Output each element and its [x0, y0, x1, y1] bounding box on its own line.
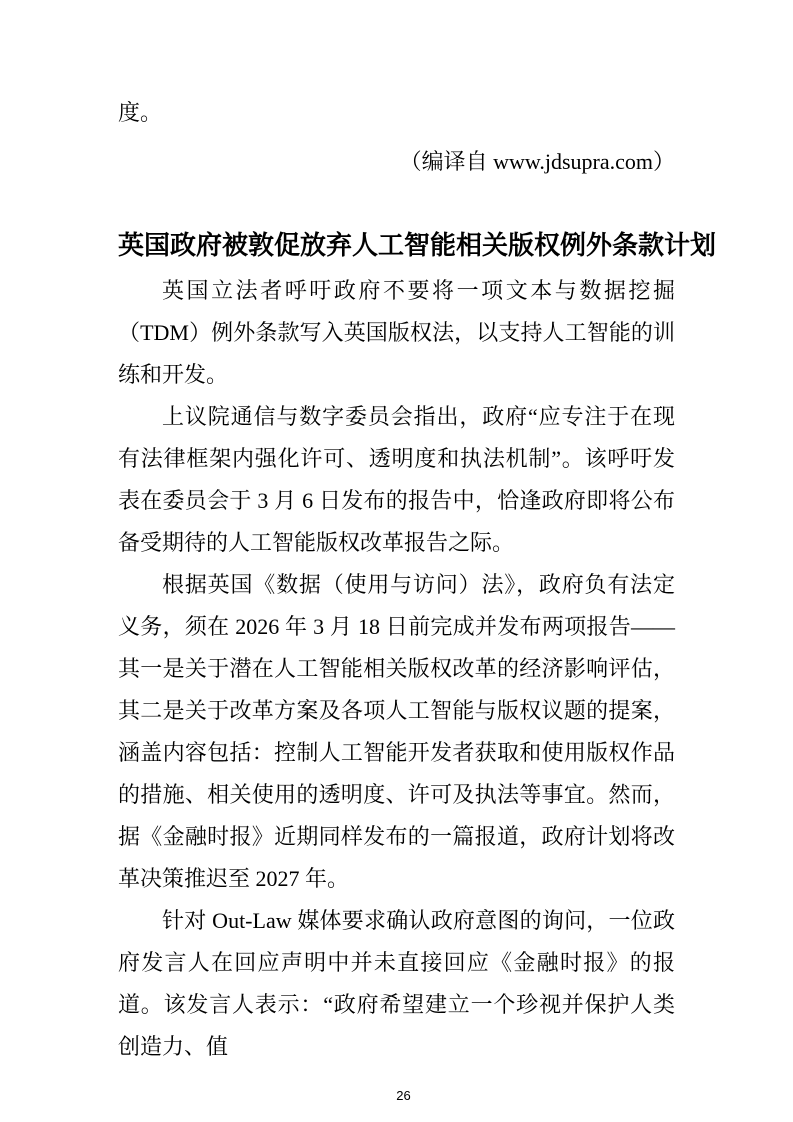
article-title: 英国政府被敦促放弃人工智能相关版权例外条款计划	[118, 225, 675, 265]
text-block: 度。 （编译自 www.jdsupra.com） 英国政府被敦促放弃人工智能相关…	[118, 0, 675, 1068]
body-paragraph: 根据英国《数据（使用与访问）法》，政府负有法定义务，须在 2026 年 3 月 …	[118, 564, 675, 900]
carryover-line: 度。	[118, 92, 675, 134]
page-number: 26	[7, 1088, 793, 1104]
source-attribution: （编译自 www.jdsupra.com）	[118, 141, 675, 183]
article-body: 英国立法者呼吁政府不要将一项文本与数据挖掘（TDM）例外条款写入英国版权法，以支…	[118, 270, 675, 1068]
body-paragraph: 上议院通信与数字委员会指出，政府“应专注于在现有法律框架内强化许可、透明度和执法…	[118, 396, 675, 564]
body-paragraph: 英国立法者呼吁政府不要将一项文本与数据挖掘（TDM）例外条款写入英国版权法，以支…	[118, 270, 675, 396]
body-paragraph: 针对 Out-Law 媒体要求确认政府意图的询问，一位政府发言人在回应声明中并未…	[118, 900, 675, 1068]
document-page: 度。 （编译自 www.jdsupra.com） 英国政府被敦促放弃人工智能相关…	[0, 0, 793, 1122]
